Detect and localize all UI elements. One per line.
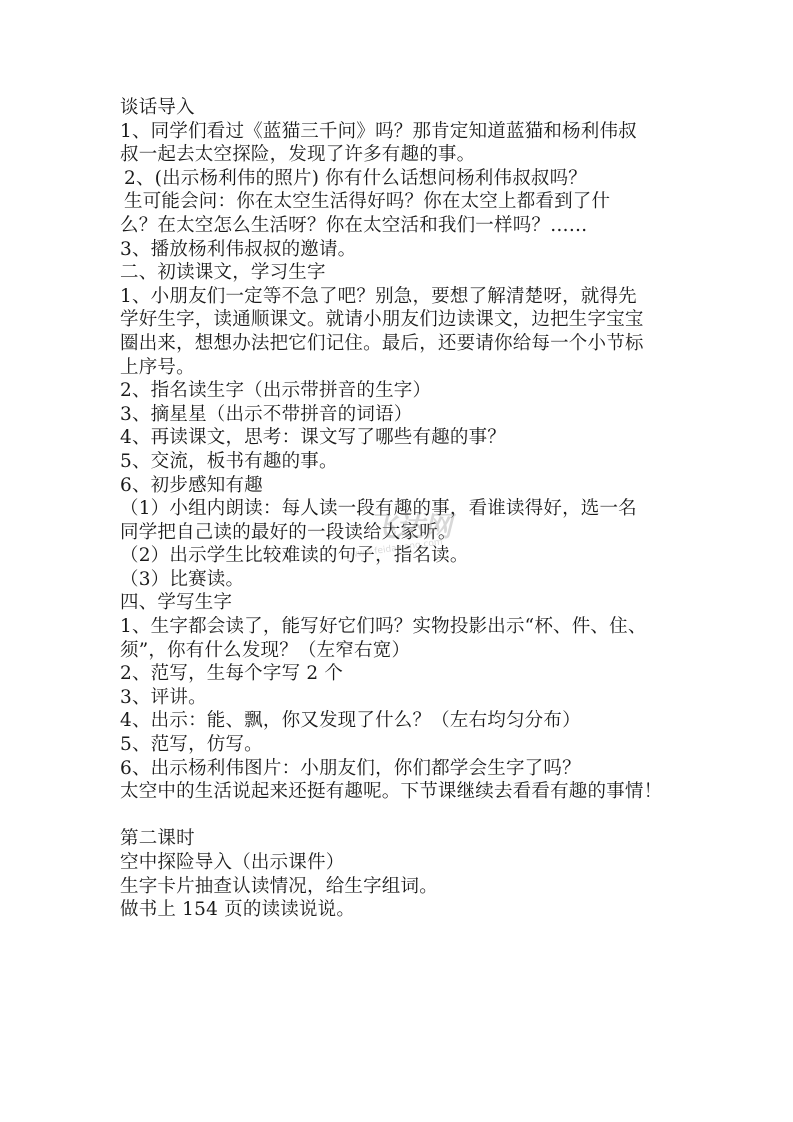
- section-heading: 第二课时: [120, 827, 690, 851]
- paragraph-line: 1、同学们看过《蓝猫三千问》吗？那肯定知道蓝猫和杨利伟叔: [120, 120, 690, 144]
- paragraph-line: 2、范写，生每个字写 2 个: [120, 662, 690, 686]
- paragraph-line: 2、(出示杨利伟的照片) 你有什么话想问杨利伟叔叔吗？: [120, 167, 690, 191]
- paragraph-line: 5、交流，板书有趣的事。: [120, 450, 690, 474]
- paragraph-line: 3、评讲。: [120, 686, 690, 710]
- paragraph-line: （3）比赛读。: [120, 568, 690, 592]
- paragraph-line: 1、小朋友们一定等不急了吧？别急，要想了解清楚呀，就得先: [120, 285, 690, 309]
- paragraph-line: 6、初步感知有趣: [120, 474, 690, 498]
- paragraph-line: 同学把自己读的最好的一段读给大家听。: [120, 521, 690, 545]
- paragraph-line: （1）小组内朗读：每人读一段有趣的事，看谁读得好，选一名: [120, 497, 690, 521]
- paragraph-line: 3、播放杨利伟叔叔的邀请。: [120, 238, 690, 262]
- paragraph-line: 3、摘星星（出示不带拼音的词语）: [120, 403, 690, 427]
- paragraph-line: 太空中的生活说起来还挺有趣呢。下节课继续去看看有趣的事情！: [120, 780, 690, 804]
- paragraph-line: 4、再读课文，思考：课文写了哪些有趣的事？: [120, 426, 690, 450]
- blank-line: [120, 804, 690, 828]
- section-heading: 四、学写生字: [120, 591, 690, 615]
- paragraph-line: 圈出来，想想办法把它们记住。最后，还要请你给每一个小节标: [120, 332, 690, 356]
- paragraph-line: （2）出示学生比较难读的句子，指名读。: [120, 544, 690, 568]
- paragraph-line: 生字卡片抽查认读情况，给生字组词。: [120, 875, 690, 899]
- paragraph-line: 6、出示杨利伟图片：小朋友们，你们都学会生字了吗？: [120, 757, 690, 781]
- paragraph-line: 5、范写，仿写。: [120, 733, 690, 757]
- paragraph-line: 叔一起去太空探险，发现了许多有趣的事。: [120, 143, 690, 167]
- paragraph-line: 空中探险导入（出示课件）: [120, 851, 690, 875]
- paragraph-line: 做书上 154 页的读读说说。: [120, 898, 690, 922]
- paragraph-line: 1、生字都会读了，能写好它们吗？实物投影出示“杯、件、住、: [120, 615, 690, 639]
- document-body: 谈话导入 1、同学们看过《蓝猫三千问》吗？那肯定知道蓝猫和杨利伟叔 叔一起去太空…: [120, 96, 690, 922]
- paragraph-line: 2、指名读生字（出示带拼音的生字）: [120, 379, 690, 403]
- paragraph-line: 4、出示：能、飘，你又发现了什么？（左右均匀分布）: [120, 709, 690, 733]
- paragraph-line: 生可能会问：你在太空生活得好吗？你在太空上都看到了什: [120, 190, 690, 214]
- paragraph-line: 须”，你有什么发现？（左窄右宽）: [120, 639, 690, 663]
- section-heading: 谈话导入: [120, 96, 690, 120]
- section-heading: 二、初读课文，学习生字: [120, 261, 690, 285]
- paragraph-line: 么？在太空怎么生活呀？你在太空活和我们一样吗？……: [120, 214, 690, 238]
- paragraph-line: 上序号。: [120, 356, 690, 380]
- paragraph-line: 学好生字，读通顺课文。就请小朋友们边读课文，边把生字宝宝: [120, 308, 690, 332]
